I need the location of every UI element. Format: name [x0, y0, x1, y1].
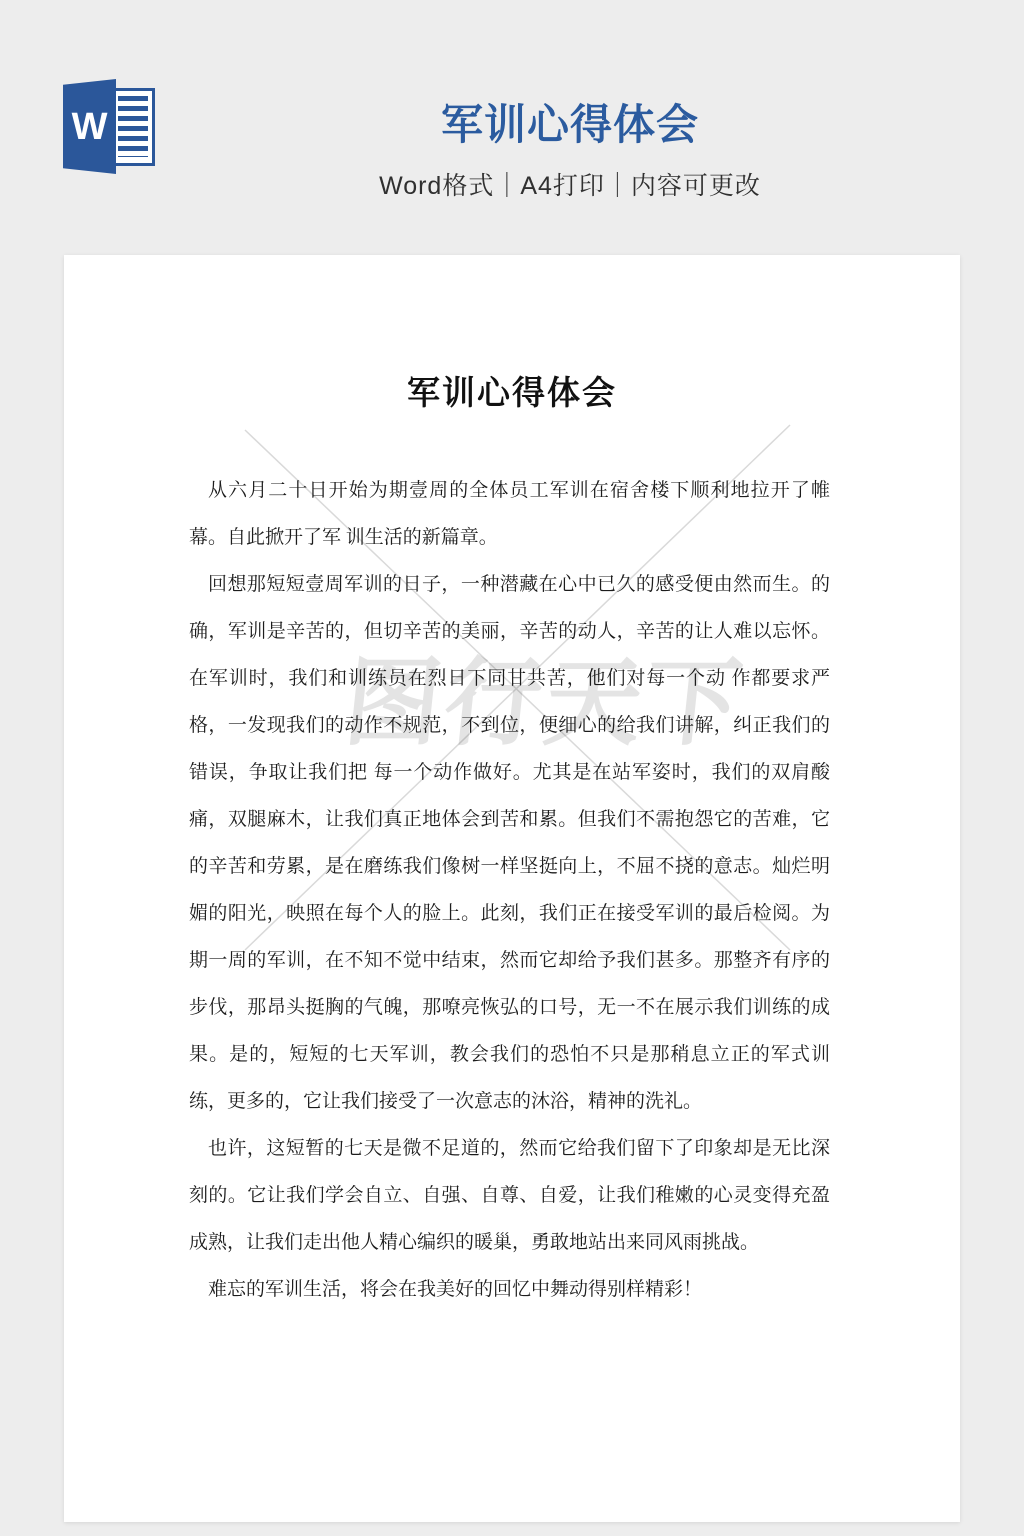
word-logo-icon: W [63, 78, 155, 175]
word-icon-cover: W [63, 78, 116, 175]
word-icon-letter: W [72, 108, 108, 146]
header-text: 军训心得体会 Word格式｜A4打印｜内容可更改 [116, 0, 1024, 202]
word-icon-page-lines [118, 96, 148, 157]
page: { "header": { "icon_letter": "W", "title… [0, 0, 1024, 1536]
document-paragraph: 难忘的军训生活，将会在我美好的回忆中舞动得别样精彩！ [189, 1266, 830, 1313]
document-page: 图行天下 军训心得体会 从六月二十日开始为期壹周的全体员工军训在宿舍楼下顺利地拉… [64, 255, 960, 1522]
template-title: 军训心得体会 [116, 92, 1024, 152]
document-paragraph: 也许，这短暂的七天是微不足道的，然而它给我们留下了印象却是无比深刻的。它让我们学… [189, 1125, 830, 1266]
document-content: 军训心得体会 从六月二十日开始为期壹周的全体员工军训在宿舍楼下顺利地拉开了帷幕。… [64, 255, 960, 1313]
document-paragraph: 从六月二十日开始为期壹周的全体员工军训在宿舍楼下顺利地拉开了帷幕。自此掀开了军 … [189, 467, 830, 561]
document-paragraph: 回想那短短壹周军训的日子，一种潜藏在心中已久的感受便由然而生。的确，军训是辛苦的… [189, 561, 830, 1125]
header: W 军训心得体会 Word格式｜A4打印｜内容可更改 [0, 0, 1024, 255]
document-body: 从六月二十日开始为期壹周的全体员工军训在宿舍楼下顺利地拉开了帷幕。自此掀开了军 … [189, 467, 830, 1313]
template-subtitle: Word格式｜A4打印｜内容可更改 [116, 166, 1024, 202]
document-title: 军训心得体会 [64, 255, 960, 414]
